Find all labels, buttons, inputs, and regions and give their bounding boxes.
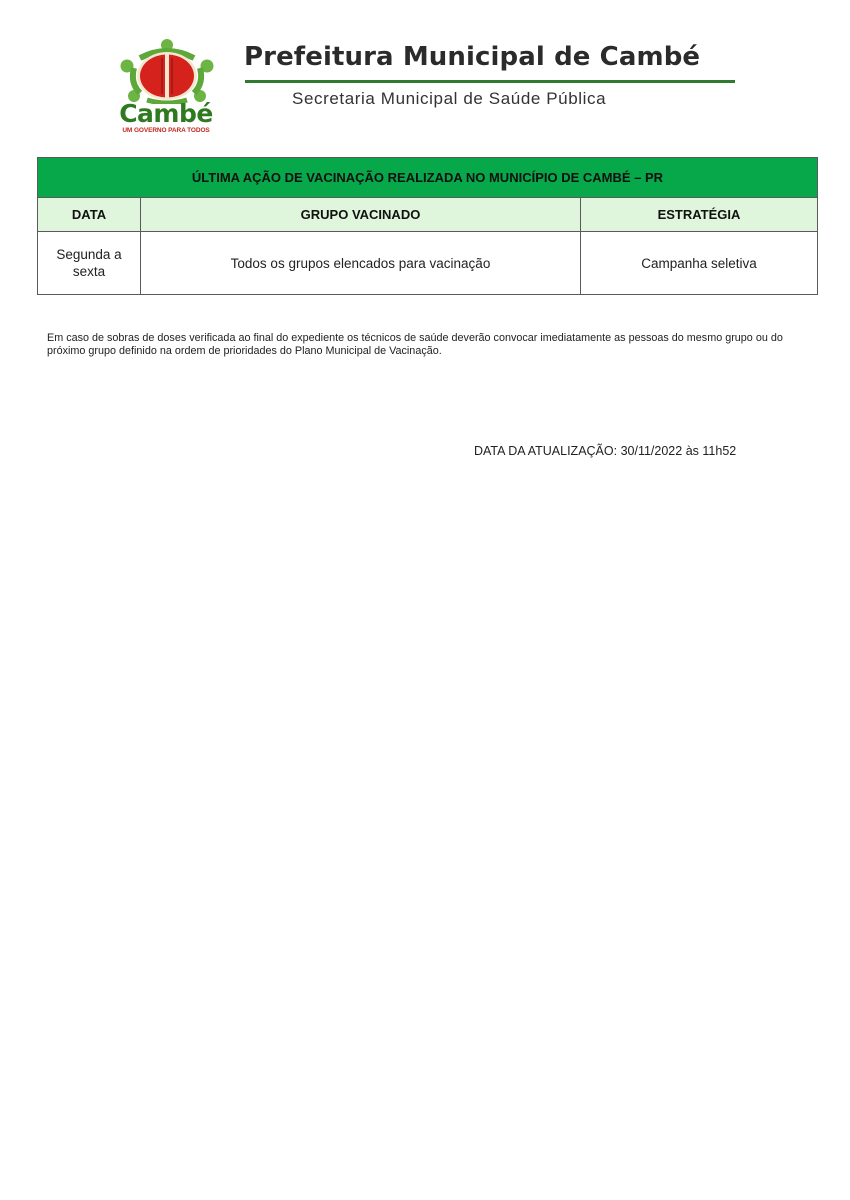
column-header-data: DATA [38,198,141,232]
cell-estrategia: Campanha seletiva [581,232,818,295]
organization-title: Prefeitura Municipal de Cambé [244,42,700,72]
leftover-doses-note: Em caso de sobras de doses verificada ao… [47,332,817,358]
update-connector: às [686,444,699,458]
table-title-row: ÚLTIMA AÇÃO DE VACINAÇÃO REALIZADA NO MU… [38,158,818,198]
municipal-logo: Cambé UM GOVERNO PARA TODOS [112,38,222,138]
cell-data-text: Segunda a sexta [49,246,129,280]
update-time: 11h52 [702,444,736,458]
table-row: Segunda a sexta Todos os grupos elencado… [38,232,818,295]
last-update: DATA DA ATUALIZAÇÃO: 30/11/2022 às 11h52 [474,444,736,458]
cell-data: Segunda a sexta [38,232,141,295]
organization-subtitle: Secretaria Municipal de Saúde Pública [292,89,606,109]
cambe-municipal-emblem-icon [112,38,222,104]
header-divider [245,80,735,83]
logo-wordmark: Cambé [114,100,218,128]
cell-grupo: Todos os grupos elencados para vacinação [141,232,581,295]
column-header-grupo: GRUPO VACINADO [141,198,581,232]
table-header-row: DATA GRUPO VACINADO ESTRATÉGIA [38,198,818,232]
update-label: DATA DA ATUALIZAÇÃO: [474,444,617,458]
table-title: ÚLTIMA AÇÃO DE VACINAÇÃO REALIZADA NO MU… [38,158,818,198]
update-date: 30/11/2022 [621,444,683,458]
logo-tagline: UM GOVERNO PARA TODOS [112,127,220,134]
vaccination-table: ÚLTIMA AÇÃO DE VACINAÇÃO REALIZADA NO MU… [37,157,818,295]
column-header-estrategia: ESTRATÉGIA [581,198,818,232]
